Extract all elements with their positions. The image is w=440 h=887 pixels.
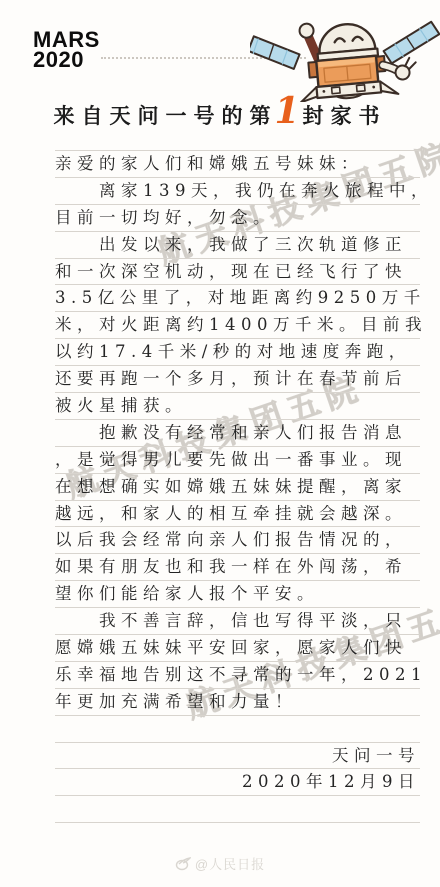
title-number: 1 [274,90,299,132]
letter-text-row: 抱歉没有经常和亲人们报告消息 [55,420,420,447]
letter-text-row: 还要再跑一个多月，预计在春节前后 [55,366,420,393]
letter-text-row: 以后我会经常向亲人们报告情况的， [55,527,420,554]
letter-text-row [55,716,420,743]
letter-text-row: 和一次深空机动，现在已经飞行了快 [55,259,420,286]
left-solar-panel-icon [250,32,301,72]
logo-line-2: 2020 [33,50,100,70]
letter-text-row: 亲爱的家人们和嫦娥五号妹妹： [55,151,420,178]
letter-signature-row: 2020年12月9日 [55,769,420,796]
waving-hand-icon [382,57,417,81]
letter-text-row: 越远，和家人的相互牵挂就会越深。 [55,501,420,528]
people-daily-logo-icon [175,857,191,871]
letter-signature-row: 天问一号 [55,743,420,770]
letter-text-row: 年更加充满希望和力量！ [55,689,420,716]
credit-watermark: @人民日报 [0,854,440,873]
letter-text-row: 被火星捕获。 [55,393,420,420]
raised-arm-icon [299,23,319,63]
spacecraft-head-icon [315,22,378,61]
letter-text-row: 我不善言辞，信也写得平淡，只 [55,608,420,635]
letter-text-row: 望你们能给家人报个平安。 [55,581,420,608]
letter-text-row: 以约17.4千米/秒的对地速度奔跑， [55,339,420,366]
credit-text: @人民日报 [195,854,265,873]
letter-text-row [55,796,420,823]
spacecraft-illustration [250,2,440,102]
letter-text-row: 米，对火距离约1400万千米。目前我 [55,312,420,339]
right-solar-panel-icon [381,21,440,64]
mars-2020-logo: MARS 2020 [33,30,100,70]
letter-text-row: 乐幸福地告别这不寻常的一年，2021 [55,662,420,689]
letter-poster: 航天科技集团五院 航天科技集团五院 航天科技集团五院 MARS 2020 [0,0,440,887]
title-suffix: 封家书 [303,100,387,130]
page-title: 来自天问一号的第 1 封家书 [0,94,440,136]
letter-text-row: 如果有朋友也和我一样在外闯荡，希 [55,554,420,581]
title-prefix: 来自天问一号的第 [53,100,277,130]
letter-text-row: 出发以来，我做了三次轨道修正 [55,232,420,259]
letter-text-row: 在想想确实如嫦娥五妹妹提醒，离家 [55,474,420,501]
letter-text-row: 目前一切均好，勿念。 [55,205,420,232]
letter-text-row: ，是觉得男儿要先做出一番事业。现 [55,447,420,474]
letter-text-row: 3.5亿公里了，对地距离约9250万千 [55,285,420,312]
letter-body: 亲爱的家人们和嫦娥五号妹妹： 离家139天，我仍在奔火旅程中，目前一切均好，勿念… [55,150,420,823]
letter-text-row: 离家139天，我仍在奔火旅程中， [55,178,420,205]
letter-text-row: 愿嫦娥五妹妹平安回家，愿家人们快 [55,635,420,662]
